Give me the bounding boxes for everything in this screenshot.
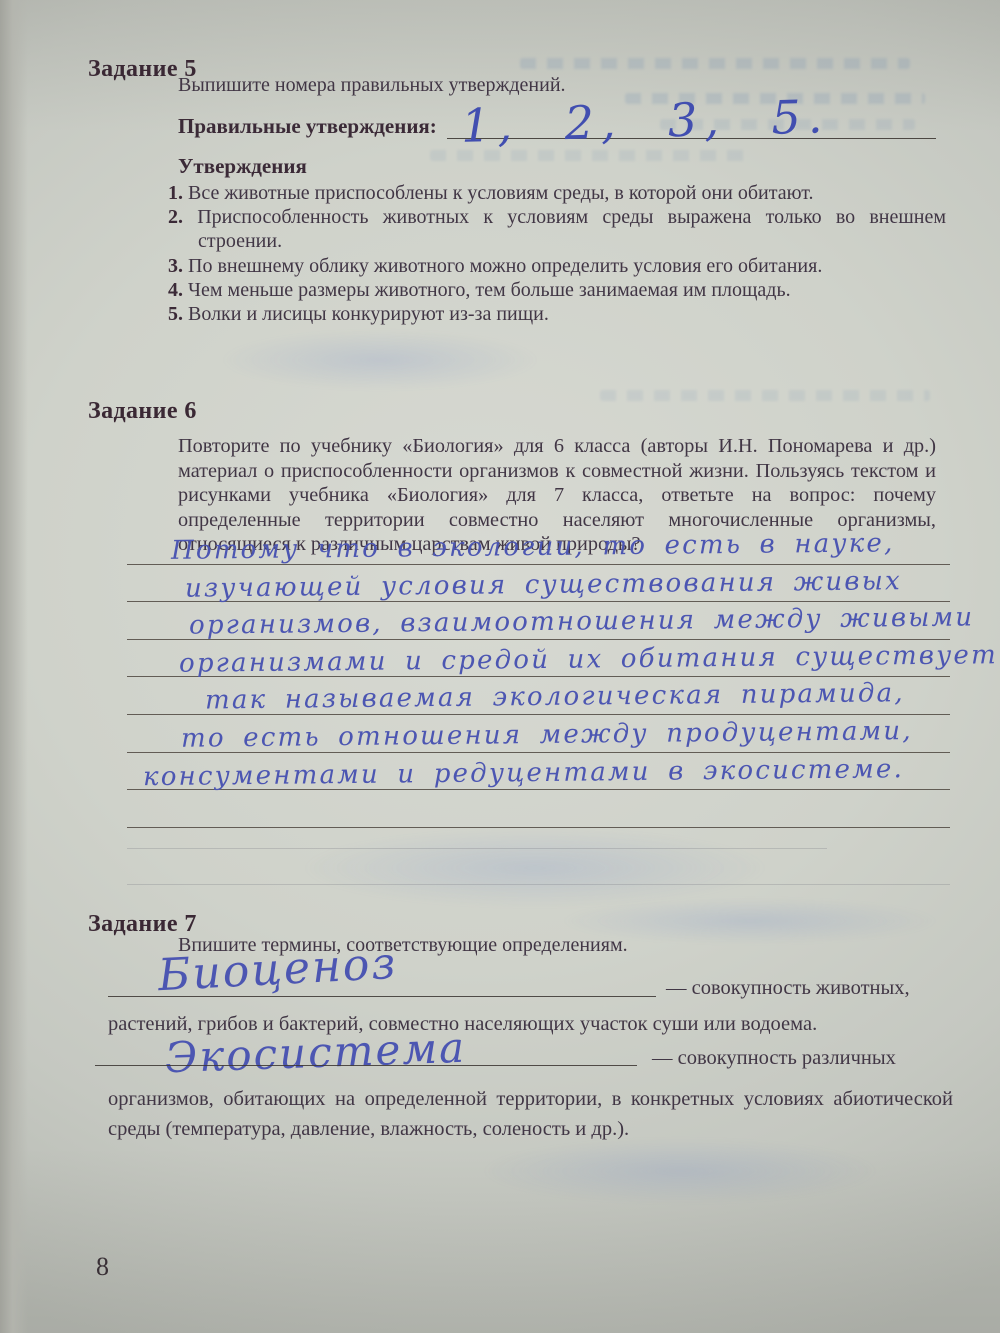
- bleed-through-ghost: [520, 58, 910, 69]
- term-answer-line: [108, 995, 656, 997]
- term-handwritten-ecosystem: Экосистема: [164, 1023, 467, 1082]
- answer-line: так называемая экологическая пирамида,: [127, 677, 950, 715]
- bleed-through-ghost: [220, 330, 540, 390]
- statements-list: 1. Все животные приспособлены к условиям…: [168, 181, 946, 326]
- answer-line: консументами и редуцентами в экосистеме.: [127, 753, 950, 791]
- answer-line: организмами и средой их обитания существ…: [127, 640, 950, 678]
- task5-answer-label: Правильные утверждения:: [178, 114, 437, 139]
- definition-2-continuation: организмов, обитающих на определенной те…: [108, 1085, 953, 1144]
- workbook-page: Задание 5 Выпишите номера правильных утв…: [0, 0, 1000, 1333]
- task5-answer-row: Правильные утверждения: 1, 2, 3, 5.: [178, 106, 936, 139]
- task6-answer-area: Потому что в экологии, то есть в науке, …: [127, 527, 950, 828]
- page-gutter-shadow: [0, 0, 28, 1333]
- statement-item: 5. Волки и лисицы конкурируют из-за пищи…: [168, 302, 946, 326]
- bleed-through-ghost: [300, 828, 770, 908]
- definition-2-lead: — совокупность различных: [652, 1046, 950, 1070]
- bleed-through-rule: [127, 884, 950, 885]
- answer-line: организмов, взаимоотношения между живыми: [127, 602, 950, 640]
- task5-handwritten-answer: 1, 2, 3, 5.: [460, 89, 830, 153]
- term-answer-line: [95, 1064, 637, 1066]
- answer-line: Потому что в экологии, то есть в науке,: [127, 527, 950, 565]
- page-number: 8: [96, 1252, 109, 1282]
- bleed-through-rule: [127, 848, 827, 849]
- answer-line: изучающей условия существования живых: [127, 565, 950, 603]
- answer-line: то есть отношения между продуцентами,: [127, 715, 950, 753]
- statements-heading: Утверждения: [178, 154, 307, 179]
- statement-item: 1. Все животные приспособлены к условиям…: [168, 181, 946, 205]
- task5-answer-line: 1, 2, 3, 5.: [447, 106, 936, 139]
- statement-item: 4. Чем меньше размеры животного, тем бол…: [168, 278, 946, 302]
- task5-instruction: Выпишите номера правильных утверждений.: [178, 74, 566, 97]
- bleed-through-ghost: [600, 390, 930, 401]
- bleed-through-ghost: [480, 1138, 880, 1204]
- statement-item: 3. По внешнему облику животного можно оп…: [168, 254, 946, 278]
- task6-title: Задание 6: [88, 398, 197, 425]
- statement-item: 2. Приспособленность животных к условиям…: [168, 205, 946, 253]
- definition-1-lead: — совокупность животных,: [666, 976, 948, 1000]
